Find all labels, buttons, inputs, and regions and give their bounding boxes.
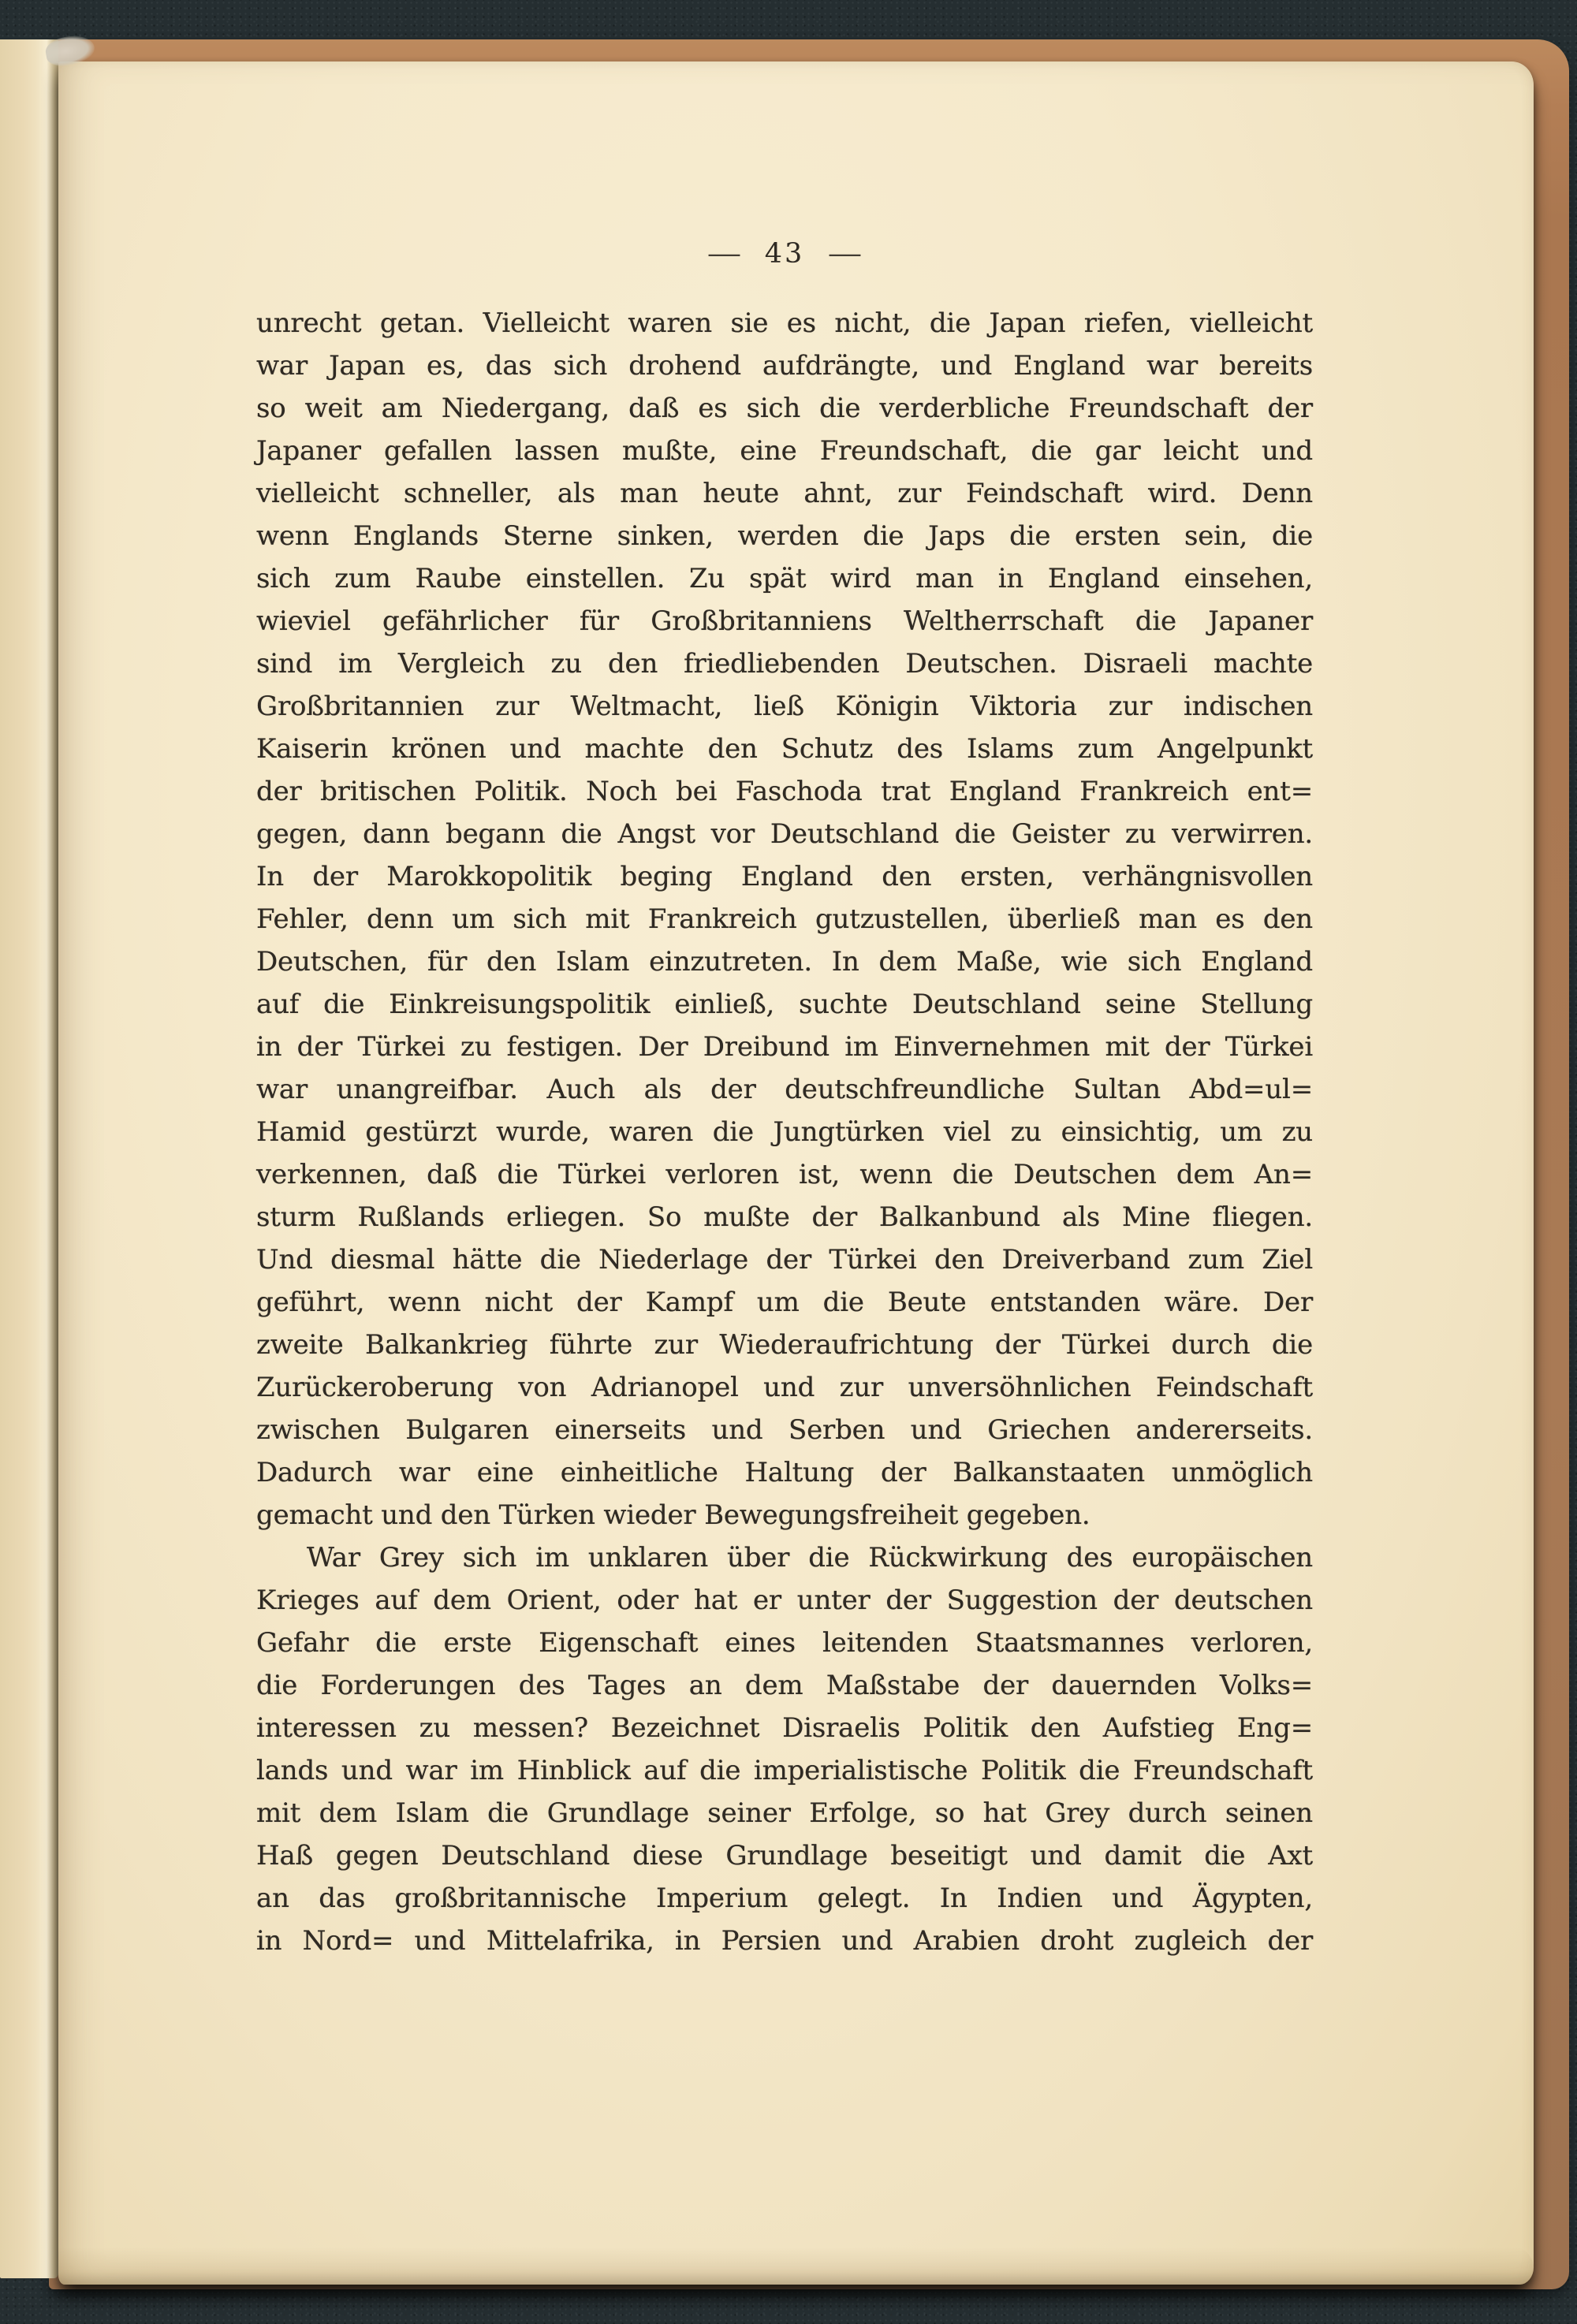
text-line: Kaiserin krönen und machte den Schutz de… <box>256 728 1313 770</box>
text-line: mit dem Islam die Grundlage seiner Erfol… <box>256 1792 1313 1834</box>
text-line: zweite Balkankrieg führte zur Wiederaufr… <box>256 1324 1313 1366</box>
text-line: so weit am Niedergang, daß es sich die v… <box>256 387 1313 430</box>
page-number-dash-left: — <box>706 238 741 270</box>
text-line: Dadurch war eine einheitliche Haltung de… <box>256 1451 1313 1494</box>
book-photo-background: — 43 — unrecht getan. Vielleicht waren s… <box>0 0 1577 2324</box>
text-line: interessen zu messen? Bezeichnet Disrael… <box>256 1707 1313 1749</box>
text-line: an das großbritannische Imperium gelegt.… <box>256 1877 1313 1920</box>
text-line: Großbritannien zur Weltmacht, ließ König… <box>256 685 1313 728</box>
text-line: wenn Englands Sterne sinken, werden die … <box>256 515 1313 557</box>
text-line: lands und war im Hinblick auf die imperi… <box>256 1749 1313 1792</box>
text-line: In der Marokkopolitik beging England den… <box>256 855 1313 898</box>
text-line: gemacht und den Türken wieder Bewegungsf… <box>256 1494 1313 1536</box>
text-line: Zurückeroberung von Adrianopel und zur u… <box>256 1366 1313 1409</box>
text-line: verkennen, daß die Türkei verloren ist, … <box>256 1153 1313 1196</box>
page-number-value: 43 <box>765 238 805 270</box>
text-line: war Japan es, das sich drohend aufdrängt… <box>256 345 1313 387</box>
text-line: wieviel gefährlicher für Großbritanniens… <box>256 600 1313 642</box>
text-line: War Grey sich im unklaren über die Rückw… <box>256 1536 1313 1579</box>
text-line: gegen, dann begann die Angst vor Deutsch… <box>256 813 1313 855</box>
text-line: war unangreifbar. Auch als der deutschfr… <box>256 1068 1313 1111</box>
text-line: Und diesmal hätte die Niederlage der Tür… <box>256 1238 1313 1281</box>
page-number-dash-right: — <box>828 238 863 270</box>
text-line: in Nord= und Mittelafrika, in Persien un… <box>256 1920 1313 1962</box>
text-line: die Forderungen des Tages an dem Maßstab… <box>256 1664 1313 1707</box>
body-text: unrecht getan. Vielleicht waren sie es n… <box>256 302 1313 1962</box>
text-line: vielleicht schneller, als man heute ahnt… <box>256 472 1313 515</box>
text-line: geführt, wenn nicht der Kampf um die Beu… <box>256 1281 1313 1324</box>
text-line: Japaner gefallen lassen mußte, eine Freu… <box>256 430 1313 472</box>
text-line: Hamid gestürzt wurde, waren die Jungtürk… <box>256 1111 1313 1153</box>
text-line: der britischen Politik. Noch bei Faschod… <box>256 770 1313 813</box>
text-line: Krieges auf dem Orient, oder hat er unte… <box>256 1579 1313 1622</box>
text-line: auf die Einkreisungspolitik einließ, suc… <box>256 983 1313 1026</box>
text-line: Fehler, denn um sich mit Frankreich gutz… <box>256 898 1313 940</box>
text-line: in der Türkei zu festigen. Der Dreibund … <box>256 1026 1313 1068</box>
text-line: zwischen Bulgaren einerseits und Serben … <box>256 1409 1313 1451</box>
text-line: unrecht getan. Vielleicht waren sie es n… <box>256 302 1313 345</box>
page-stack-edge <box>0 39 58 2278</box>
text-line: Gefahr die erste Eigenschaft eines leite… <box>256 1622 1313 1664</box>
text-line: sturm Rußlands erliegen. So mußte der Ba… <box>256 1196 1313 1238</box>
text-line: sich zum Raube einstellen. Zu spät wird … <box>256 557 1313 600</box>
text-line: sind im Vergleich zu den friedliebenden … <box>256 642 1313 685</box>
page-number: — 43 — <box>256 233 1313 274</box>
text-line: Haß gegen Deutschland diese Grundlage be… <box>256 1834 1313 1877</box>
text-line: Deutschen, für den Islam einzutreten. In… <box>256 940 1313 983</box>
